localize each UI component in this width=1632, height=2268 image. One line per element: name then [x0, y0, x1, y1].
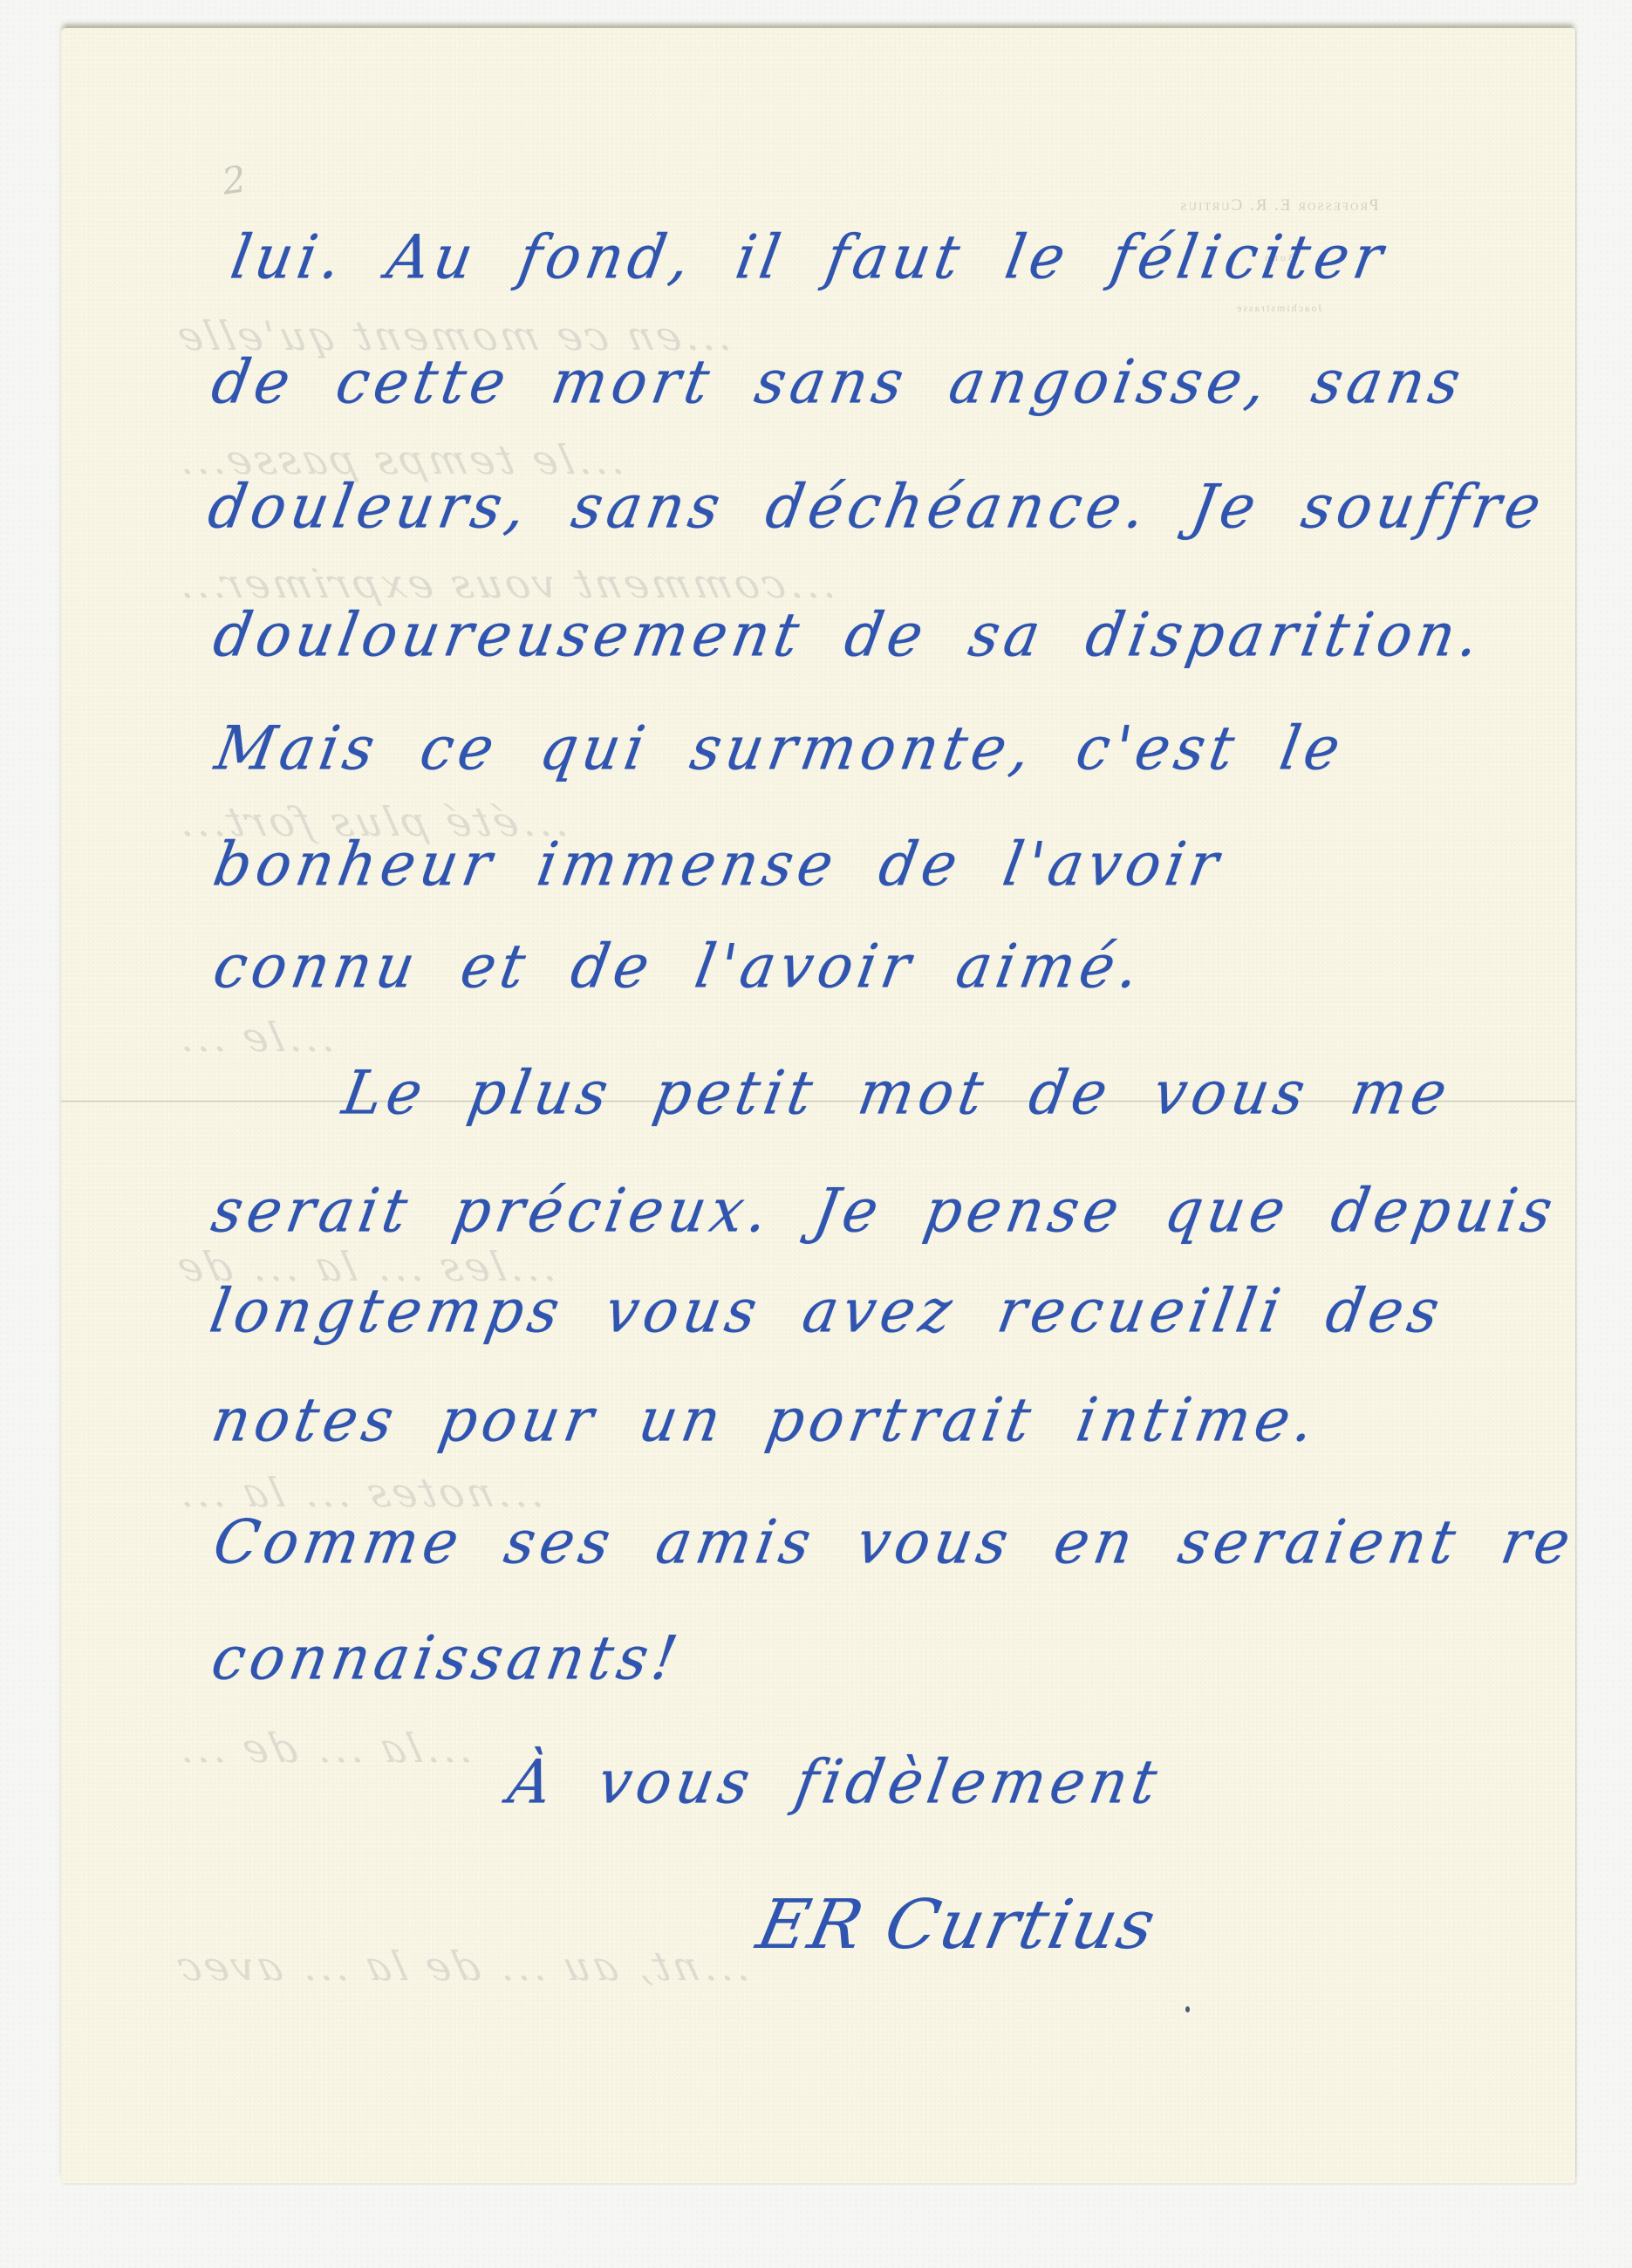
letter-line: notes pour un portrait intime.: [208, 1390, 1323, 1451]
letter-line: bonheur immense de l'avoir: [209, 835, 1228, 895]
closing-line: À vous fidèlement: [504, 1752, 1166, 1813]
letter-line: Comme ses amis vous en seraient re-: [209, 1513, 1575, 1573]
letter-page: 2 Professor E. R. Curtius Bonn Joachimst…: [61, 28, 1575, 2183]
letter-line: connu et de l'avoir aimé.: [209, 937, 1149, 997]
signature: ER Curtius: [750, 1886, 1163, 1964]
reverse-show-through-line: ...le ...: [168, 1014, 1488, 1061]
page-number: 2: [220, 157, 249, 202]
letter-line: douloureusement de sa disparition.: [209, 605, 1489, 666]
letter-line: Mais ce qui surmonte, c'est le: [211, 719, 1349, 779]
letter-line: douleurs, sans déchéance. Je souffre: [204, 477, 1550, 537]
ink-speck: [1185, 2006, 1190, 2012]
letterhead-name: Professor E. R. Curtius: [1122, 197, 1436, 214]
letter-line: connaissants!: [208, 1629, 686, 1689]
letter-line: Le plus petit mot de vous me: [338, 1063, 1456, 1124]
letter-line: de cette mort sans angoisse, sans: [208, 352, 1470, 413]
letter-line: lui. Au fond, il faut le féliciter: [227, 228, 1392, 288]
letter-line: serait précieux. Je pense que depuis: [208, 1181, 1561, 1241]
letter-line: longtemps vous avez recueilli des: [206, 1281, 1449, 1342]
